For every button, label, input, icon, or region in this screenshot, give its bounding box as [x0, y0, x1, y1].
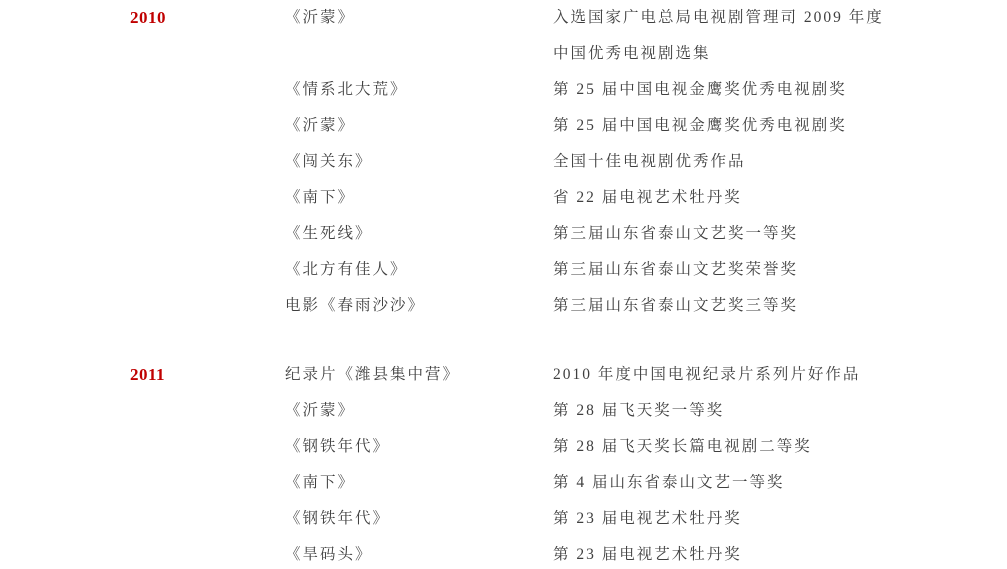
work-title: 纪录片《潍县集中营》	[285, 357, 553, 393]
work-title: 《闯关东》	[285, 144, 553, 180]
award-text: 第 28 届飞天奖长篇电视剧二等奖	[553, 429, 1007, 465]
award-text: 全国十佳电视剧优秀作品	[553, 144, 1007, 180]
work-title: 电影《春雨沙沙》	[285, 288, 553, 324]
year-label: 2010	[130, 0, 285, 36]
work-title: 《沂蒙》	[285, 108, 553, 144]
award-text: 省 22 届电视艺术牡丹奖	[553, 180, 1007, 216]
award-text: 第三届山东省泰山文艺奖荣誉奖	[553, 252, 1007, 288]
work-title: 《北方有佳人》	[285, 252, 553, 288]
award-text: 2010 年度中国电视纪录片系列片好作品	[553, 357, 1007, 393]
work-title: 《沂蒙》	[285, 0, 553, 36]
work-title: 《生死线》	[285, 216, 553, 252]
award-text: 第三届山东省泰山文艺奖三等奖	[553, 288, 1007, 324]
year-section-2011: 2011 纪录片《潍县集中营》 2010 年度中国电视纪录片系列片好作品 《沂蒙…	[130, 357, 1007, 569]
award-text: 第 4 届山东省泰山文艺一等奖	[553, 465, 1007, 501]
award-text: 第 25 届中国电视金鹰奖优秀电视剧奖	[553, 72, 1007, 108]
year-section-2010: 2010 《沂蒙》 入选国家广电总局电视剧管理司 2009 年度 中国优秀电视剧…	[130, 0, 1007, 324]
work-title: 《情系北大荒》	[285, 72, 553, 108]
award-text: 入选国家广电总局电视剧管理司 2009 年度 中国优秀电视剧选集	[553, 0, 1007, 72]
work-title: 《沂蒙》	[285, 393, 553, 429]
award-text: 第 28 届飞天奖一等奖	[553, 393, 1007, 429]
award-text: 第 25 届中国电视金鹰奖优秀电视剧奖	[553, 108, 1007, 144]
document-page: 2010 《沂蒙》 入选国家广电总局电视剧管理司 2009 年度 中国优秀电视剧…	[0, 0, 1007, 569]
work-title: 《钢铁年代》	[285, 429, 553, 465]
work-title: 《南下》	[285, 465, 553, 501]
work-title: 《南下》	[285, 180, 553, 216]
work-title: 《钢铁年代》	[285, 501, 553, 537]
award-text: 第 23 届电视艺术牡丹奖	[553, 537, 1007, 569]
award-text: 第 23 届电视艺术牡丹奖	[553, 501, 1007, 537]
awards-table: 2010 《沂蒙》 入选国家广电总局电视剧管理司 2009 年度 中国优秀电视剧…	[130, 0, 1007, 569]
work-title: 《旱码头》	[285, 537, 553, 569]
award-text: 第三届山东省泰山文艺奖一等奖	[553, 216, 1007, 252]
year-label: 2011	[130, 357, 285, 393]
